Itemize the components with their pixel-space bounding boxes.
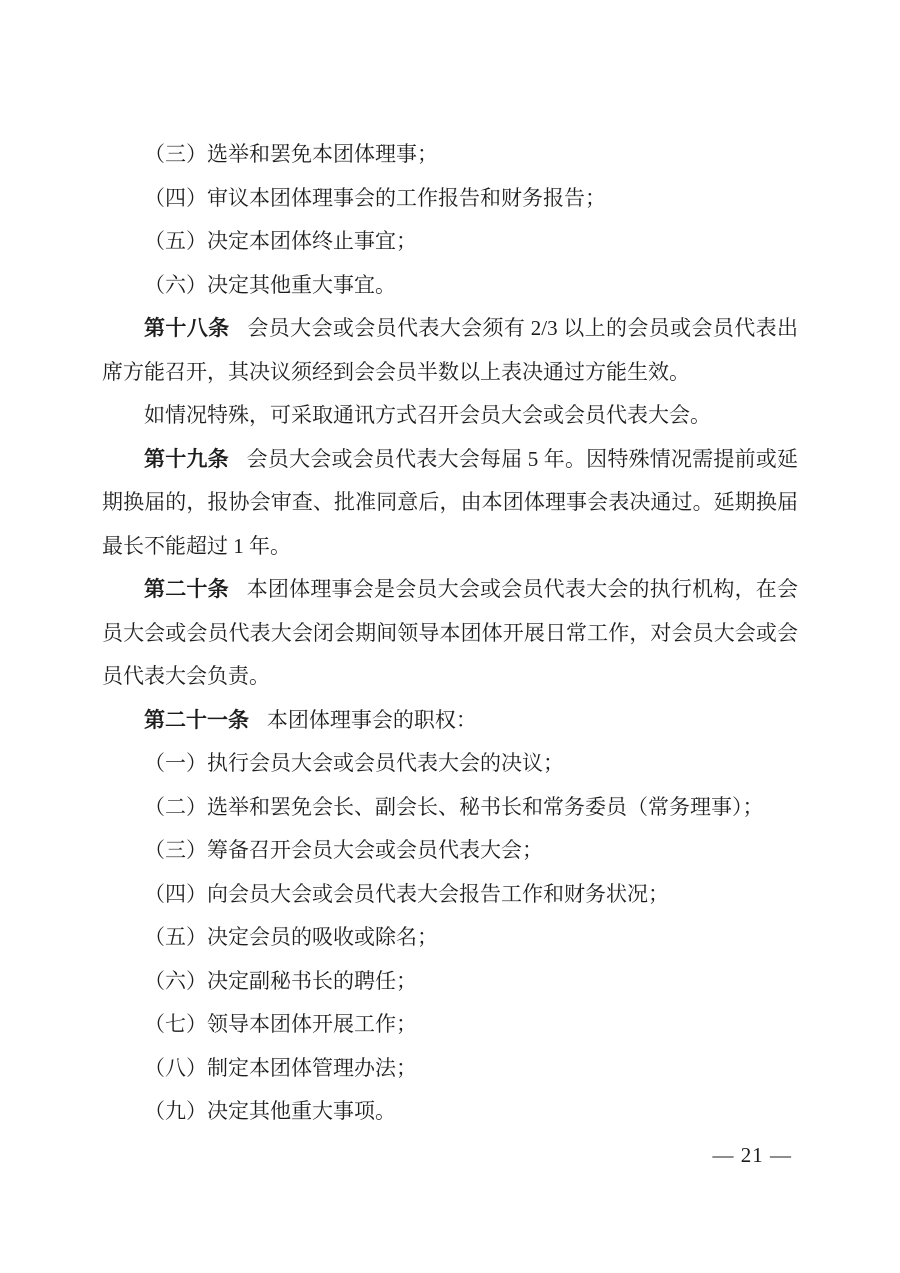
paragraph: （五）决定本团体终止事宜； — [102, 220, 798, 264]
paragraph: 第二十一条本团体理事会的职权： — [102, 699, 798, 743]
paragraph: （三）选举和罢免本团体理事； — [102, 133, 798, 177]
paragraph-text: （一）执行会员大会或会员代表大会的决议； — [144, 751, 564, 775]
paragraph-text: （四）向会员大会或会员代表大会报告工作和财务状况； — [144, 882, 669, 906]
paragraph: （四）向会员大会或会员代表大会报告工作和财务状况； — [102, 873, 798, 917]
paragraph: （八）制定本团体管理办法； — [102, 1047, 798, 1091]
paragraph: （二）选举和罢免会长、副会长、秘书长和常务委员（常务理事）； — [102, 786, 798, 830]
paragraph: （一）执行会员大会或会员代表大会的决议； — [102, 742, 798, 786]
paragraph-text: （六）决定副秘书长的聘任； — [144, 969, 417, 993]
paragraph: 第二十条本团体理事会是会员大会或会员代表大会的执行机构，在会员大会或会员代表大会… — [102, 568, 798, 699]
paragraph: （四）审议本团体理事会的工作报告和财务报告； — [102, 177, 798, 221]
article-number: 第二十条 — [144, 577, 229, 601]
article-number: 第十八条 — [144, 316, 230, 340]
paragraph: 第十八条会员大会或会员代表大会须有 2/3 以上的会员或会员代表出席方能召开，其… — [102, 307, 798, 394]
paragraph: （九）决定其他重大事项。 — [102, 1090, 798, 1134]
document-page: （三）选举和罢免本团体理事； （四）审议本团体理事会的工作报告和财务报告； （五… — [0, 0, 900, 1273]
paragraph: 第十九条会员大会或会员代表大会每届 5 年。因特殊情况需提前或延期换届的，报协会… — [102, 438, 798, 569]
article-number: 第十九条 — [144, 447, 229, 471]
paragraph-text: 如情况特殊，可采取通讯方式召开会员大会或会员代表大会。 — [144, 403, 711, 427]
paragraph-text: 本团体理事会的职权： — [267, 708, 477, 732]
paragraph: （六）决定其他重大事宜。 — [102, 264, 798, 308]
paragraph: （五）决定会员的吸收或除名； — [102, 916, 798, 960]
paragraph-text: （三）选举和罢免本团体理事； — [144, 142, 438, 166]
paragraph-text: （七）领导本团体开展工作； — [144, 1012, 417, 1036]
paragraph: （三）筹备召开会员大会或会员代表大会； — [102, 829, 798, 873]
paragraph-text: （二）选举和罢免会长、副会长、秘书长和常务委员（常务理事）； — [144, 795, 764, 819]
paragraph-text: （九）决定其他重大事项。 — [144, 1099, 396, 1123]
paragraph: 如情况特殊，可采取通讯方式召开会员大会或会员代表大会。 — [102, 394, 798, 438]
paragraph-text: （六）决定其他重大事宜。 — [144, 273, 396, 297]
paragraph-text: （四）审议本团体理事会的工作报告和财务报告； — [144, 186, 606, 210]
paragraph: （七）领导本团体开展工作； — [102, 1003, 798, 1047]
document-body: （三）选举和罢免本团体理事； （四）审议本团体理事会的工作报告和财务报告； （五… — [102, 133, 798, 1134]
paragraph-text: （八）制定本团体管理办法； — [144, 1056, 417, 1080]
paragraph-text: （五）决定本团体终止事宜； — [144, 229, 417, 253]
page-number: — 21 — — [713, 1138, 793, 1172]
article-number: 第二十一条 — [144, 708, 249, 732]
paragraph-text: （五）决定会员的吸收或除名； — [144, 925, 438, 949]
paragraph: （六）决定副秘书长的聘任； — [102, 960, 798, 1004]
paragraph-text: （三）筹备召开会员大会或会员代表大会； — [144, 838, 543, 862]
